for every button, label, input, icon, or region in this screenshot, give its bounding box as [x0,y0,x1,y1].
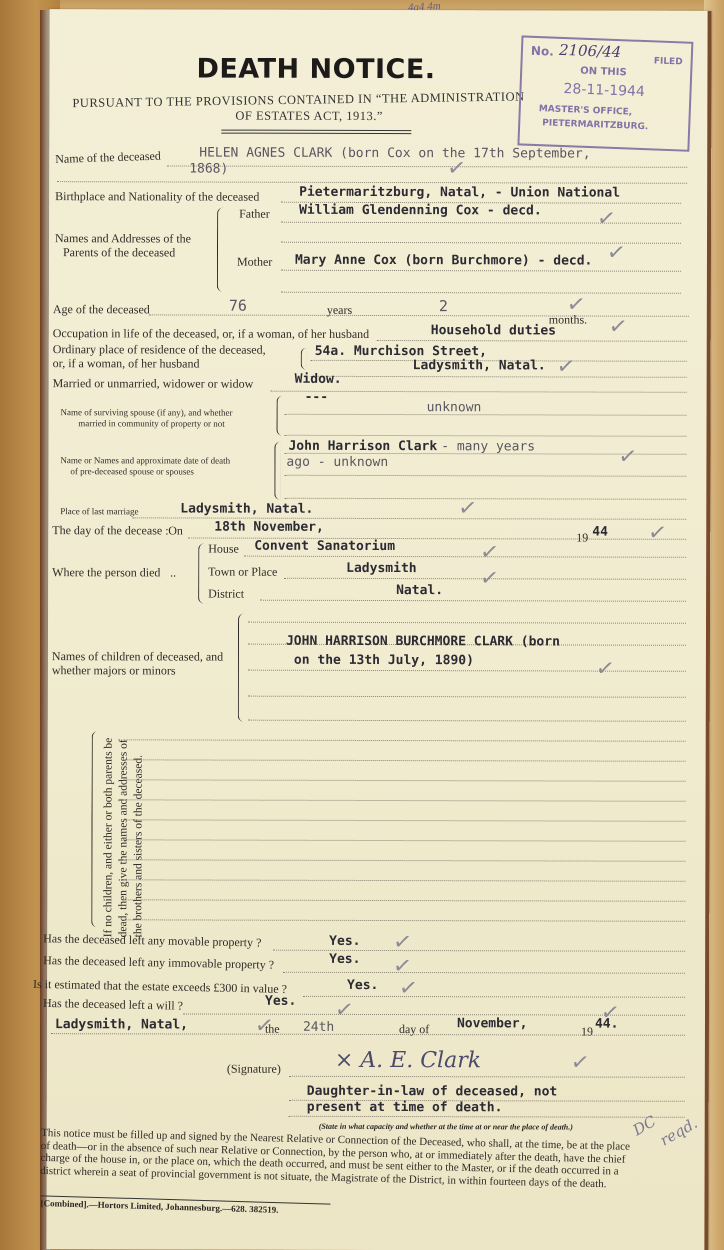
predeceased-label-line2: of pre-deceased spouse or spouses [60,466,230,477]
signing-year-prefix: 19 [581,1025,593,1040]
title-rule [221,130,411,131]
siblings-line-8 [123,879,685,881]
immovable-property-label: Has the deceased left any immovable prop… [43,953,274,973]
occupation-label: Occupation in life of the deceased, or, … [53,326,369,342]
name-line [167,165,687,167]
check-mark-icon: ✓ [253,1013,275,1040]
parents-label-line1: Names and Addresses of the [55,231,191,246]
stamp-filed: FILED [654,56,683,67]
document-title: DEATH NOTICE. [196,54,435,86]
stamp-file-number: 2106/44 [559,41,622,61]
signature-line [289,1076,685,1078]
predeceased-note: - many years [441,439,535,454]
check-mark-icon: ✓ [555,353,577,380]
age-years-label: years [327,303,352,318]
father-label: Father [239,207,270,222]
marital-line [271,391,687,393]
residence-label-line2: or, if a woman, of her husband [53,356,200,371]
footer-notice: This notice must be filled up and signed… [40,1127,633,1191]
town-label: Town or Place [208,565,277,580]
check-mark-icon: ✓ [333,997,355,1024]
check-mark-icon: ✓ [594,655,616,682]
date-of-decease-value: 18th November, [214,520,324,535]
father-value: William Glendenning Cox - decd. [299,203,542,219]
predeceased-value-line2: ago - unknown [286,455,388,470]
place-of-death-leader: .. [170,565,176,580]
check-mark-icon: ✓ [599,999,621,1026]
siblings-line-5 [124,819,686,821]
check-mark-icon: ✓ [595,205,617,232]
capacity-line2: present at time of death. [307,1100,503,1116]
check-mark-icon: ✓ [478,565,500,592]
parents-brace [217,208,224,292]
surviving-spouse-line-1 [285,414,687,416]
name-line-2 [57,181,687,184]
check-mark-icon: ✓ [607,313,629,340]
signature: × A. E. Clark [335,1048,481,1073]
predeceased-label-line1: Name or Names and approximate date of de… [60,455,230,466]
movable-property-value: Yes. [329,934,360,949]
mother-line [281,270,681,272]
age-line [149,314,689,316]
signing-place: Ladysmith, Natal, [55,1017,188,1032]
check-mark-icon: ✓ [479,539,501,566]
check-mark-icon: ✓ [617,443,639,470]
children-label-line2: whether majors or minors [52,663,176,678]
capacity-hint: (State in what capacity and whether at t… [319,1122,573,1132]
mother-label: Mother [237,255,272,270]
signing-month: November, [457,1016,527,1031]
will-label: Has the deceased left a will ? [43,996,183,1014]
surviving-spouse-dash: --- [305,390,329,405]
surviving-spouse-label-line1: Name of surviving spouse (if any), and w… [61,407,233,418]
predeceased-spouse-label: Name or Names and approximate date of de… [60,455,230,477]
date-year-prefix: 19 [576,531,588,546]
check-mark-icon: ✓ [605,239,627,266]
residence-line-2 [311,376,687,378]
last-marriage-value: Ladysmith, Natal. [180,501,313,516]
stamp-office: MASTER'S OFFICE, [539,104,633,117]
signing-day-of-label: day of [399,1022,429,1037]
stamp-city: PIETERMARITZBURG. [542,118,648,132]
house-value: Convent Sanatorium [254,539,395,554]
children-line-3 [248,670,686,672]
check-mark-icon: ✓ [647,520,669,547]
immovable-property-line [283,972,685,974]
stamp-on-this: ON THIS [580,66,627,79]
mother-value: Mary Anne Cox (born Burchmore) - decd. [295,253,592,269]
predeceased-line-3 [284,498,686,500]
capacity-line1: Daughter-in-law of deceased, not [307,1084,557,1100]
signing-day: 24th [303,1020,334,1035]
death-notice-form: DEATH NOTICE. PURSUANT TO THE PROVISIONS… [46,9,711,1250]
estate-value-value: Yes. [347,978,378,993]
immovable-property-value: Yes. [329,952,360,967]
marital-value: Widow. [295,372,342,387]
stamp-number-prefix: No. [531,44,554,59]
occupation-value: Household duties [431,323,556,338]
town-value: Ladysmith [346,561,416,576]
date-on-label: On [168,523,183,538]
children-line-5 [248,720,686,722]
surviving-spouse-brace [277,396,283,436]
children-line-4 [248,696,686,698]
children-value-line2: on the 13th July, 1890) [294,653,474,668]
predeceased-brace [274,442,280,500]
residence-brace [301,348,307,370]
predeceased-line-2 [284,475,686,477]
subtitle-line-2: OF ESTATES ACT, 1913.” [235,109,383,124]
children-brace [238,614,245,722]
siblings-line-1 [124,739,686,741]
name-value-line1: HELEN AGNES CLARK (born Cox on the 17th … [199,146,590,162]
title-rule-2 [221,133,411,134]
marital-label: Married or unmarried, widower or widow [53,376,254,392]
siblings-line-10 [123,919,685,921]
surviving-spouse-label: Name of surviving spouse (if any), and w… [61,407,233,429]
house-label: House [208,542,239,557]
place-of-death-brace [198,544,204,604]
estate-value-label: Is it estimated that the estate exceeds … [33,977,287,997]
siblings-line-4 [124,799,686,801]
siblings-line-3 [124,779,686,781]
check-mark-icon: ✓ [569,1049,591,1076]
parents-line-4 [281,292,681,294]
residence-value-line1: 54a. Murchison Street, [315,344,487,359]
age-label: Age of the deceased [53,302,150,317]
check-mark-icon: ✓ [397,975,419,1002]
date-of-decease-label: The day of the decease : [52,523,168,538]
name-label: Name of the deceased [55,149,161,167]
siblings-line-6 [123,839,685,841]
stamp-date: 28-11-1944 [563,81,645,100]
occupation-line [377,340,687,342]
will-value: Yes. [265,994,296,1009]
check-mark-icon: ✓ [457,495,479,522]
house-line [244,556,686,558]
movable-property-label: Has the deceased left any movable proper… [43,931,262,950]
name-value-line2: 1868) [189,162,228,177]
surviving-spouse-label-line2: married in community of property or not [61,418,233,429]
birthplace-value: Pietermaritzburg, Natal, - Union Nationa… [299,185,620,201]
estate-value-line [303,996,685,998]
father-line [281,222,681,224]
district-label: District [208,587,244,602]
signature-label: (Signature) [227,1062,281,1077]
parents-label-line2: Parents of the deceased [63,245,175,260]
district-value: Natal. [396,583,443,598]
last-marriage-label: Place of last marriage [60,506,138,517]
masters-office-stamp: No. 2106/44 FILED ON THIS 28-11-1944 MAS… [517,35,693,151]
siblings-brace [91,731,99,927]
children-value-line1: JOHN HARRISON BURCHMORE CLARK (born [286,634,560,650]
surviving-spouse-value: unknown [427,400,482,415]
birthplace-label: Birthplace and Nationality of the deceas… [55,189,259,205]
pencil-note-reqd: reqd. [657,1114,701,1150]
check-mark-icon: ✓ [565,291,587,318]
siblings-line-2 [124,759,686,761]
siblings-line-7 [123,859,685,861]
check-mark-icon: ✓ [446,155,468,182]
children-line-1 [248,622,686,624]
date-year-value: 44 [592,525,608,540]
siblings-line-9 [123,899,685,901]
place-of-death-label: Where the person died [52,565,160,580]
age-years-value: 76 [229,297,247,315]
capacity-line-2 [289,1116,685,1118]
residence-value-line2: Ladysmith, Natal. [413,358,546,373]
age-months-value: 2 [439,297,448,315]
district-line [260,600,686,602]
